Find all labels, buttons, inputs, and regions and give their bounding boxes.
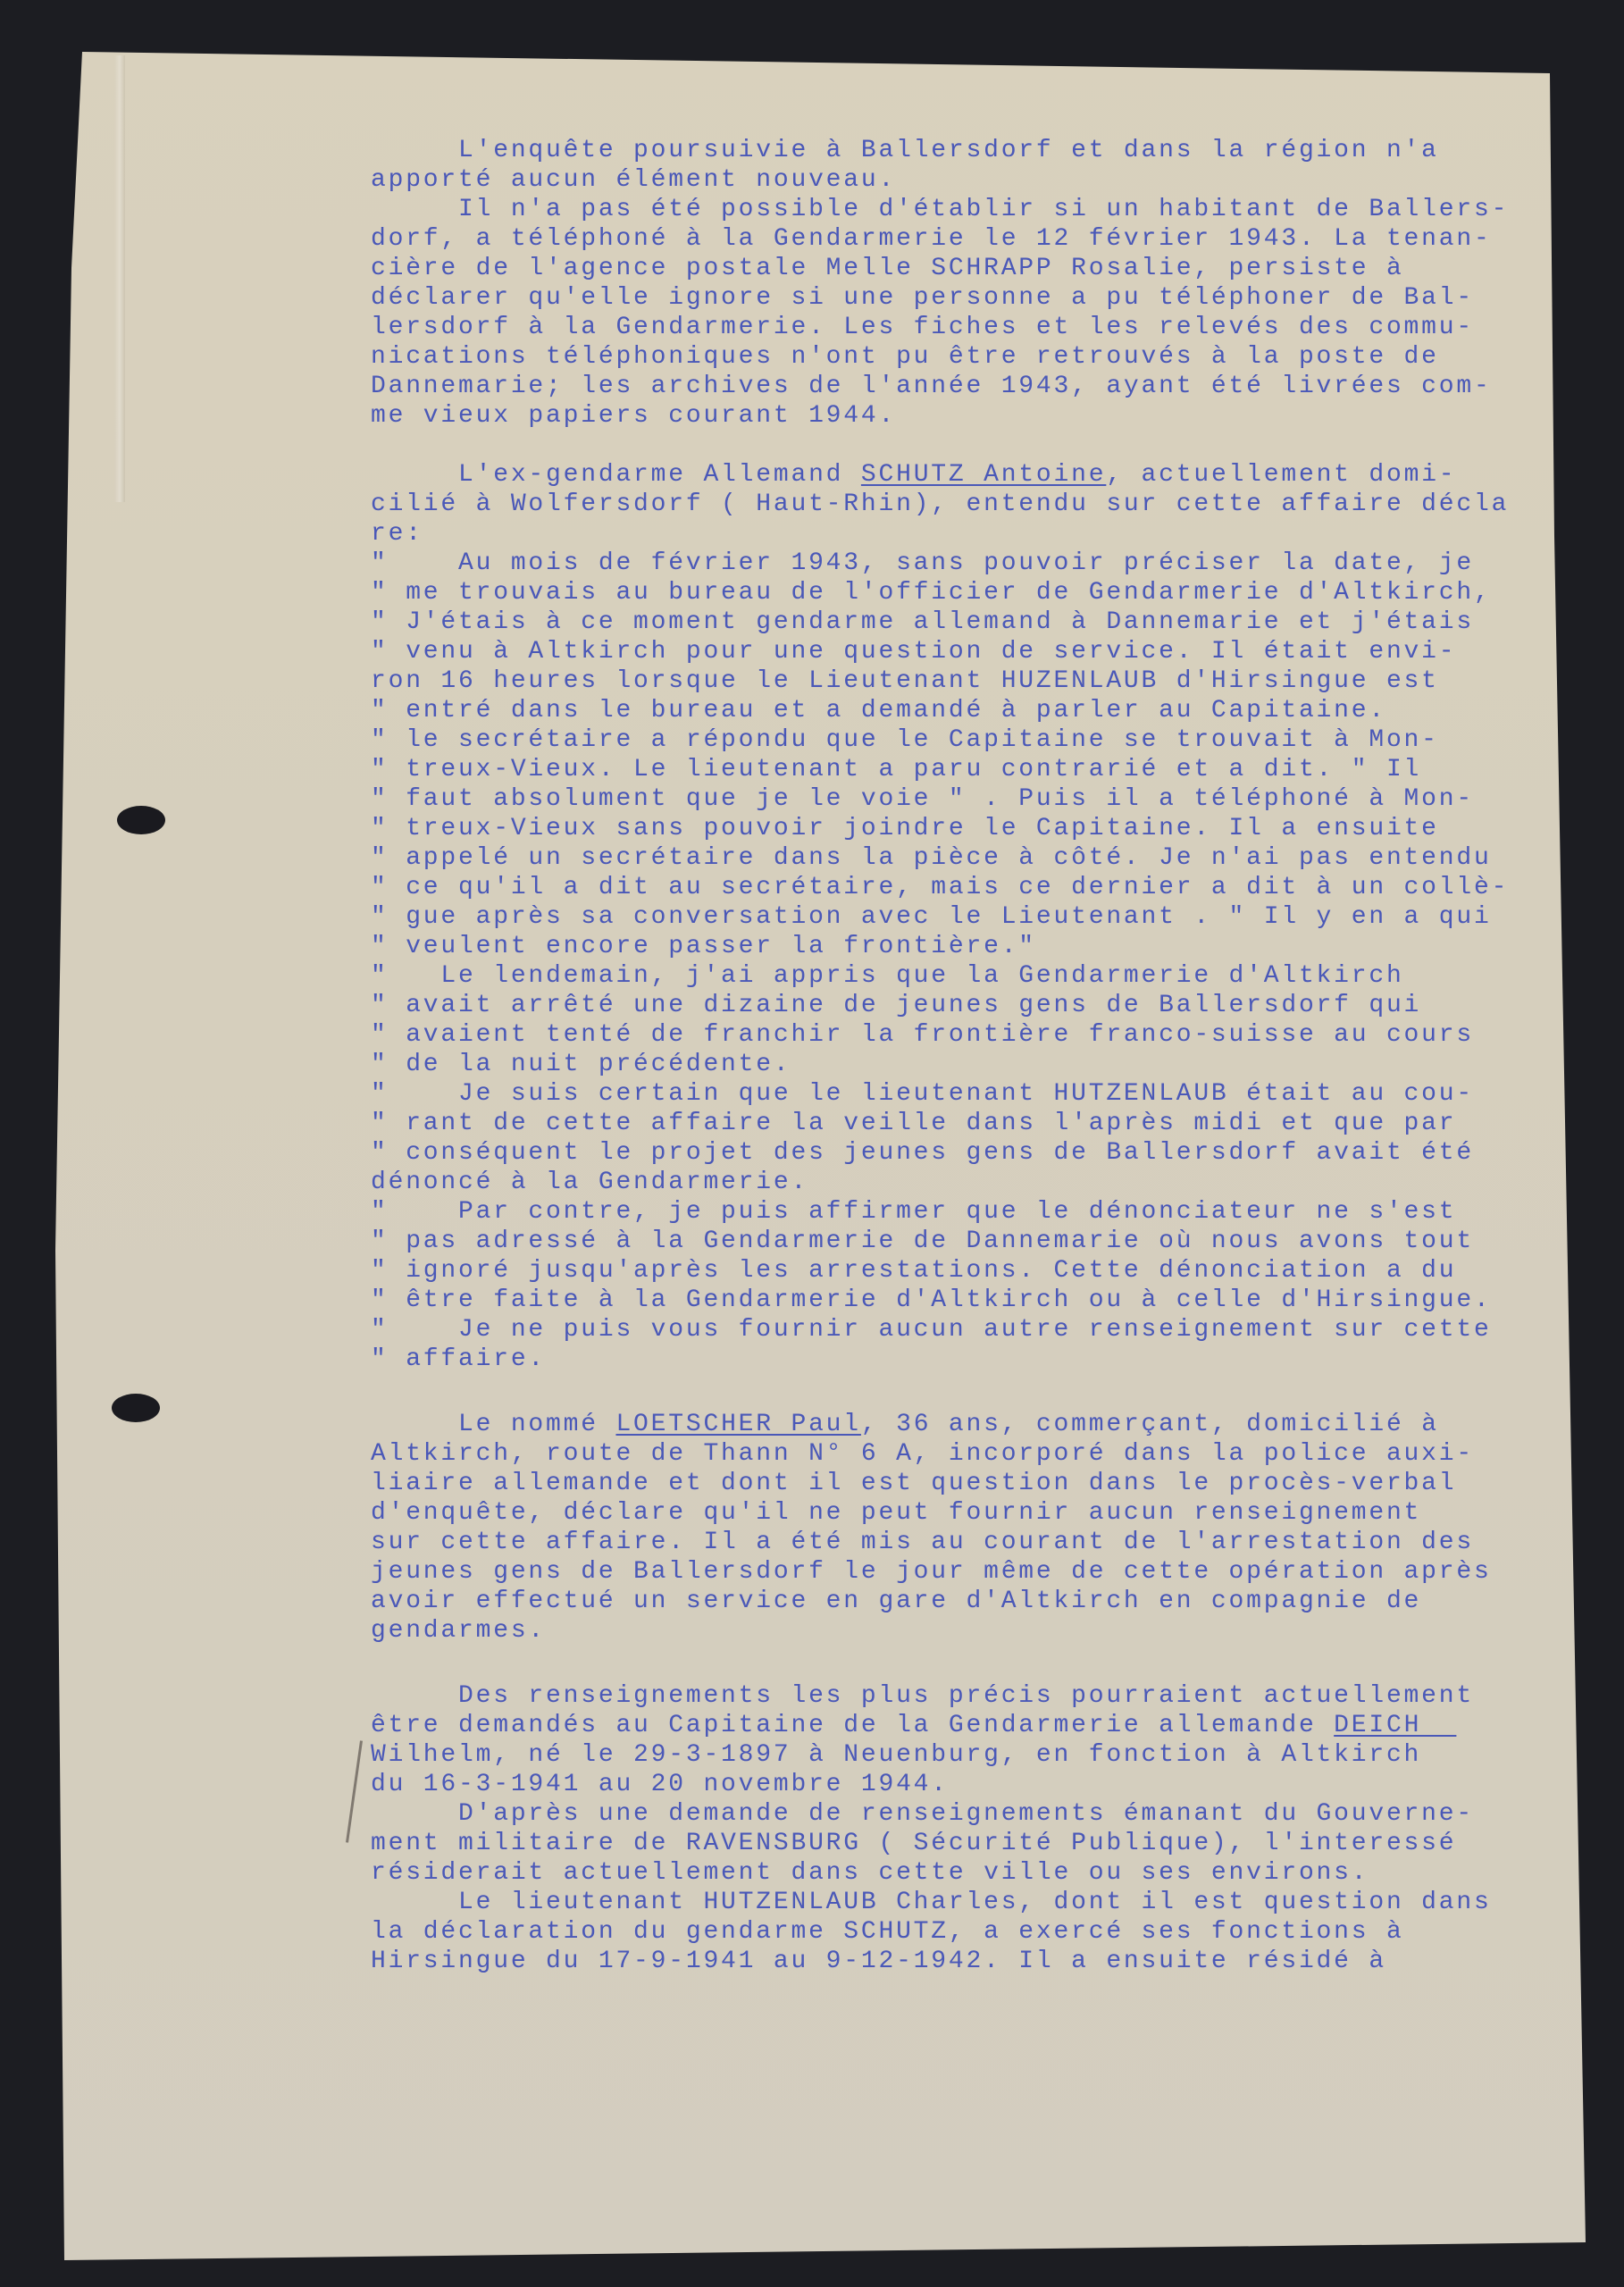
text-line: être demandés au Capitaine de la Gendarm… <box>371 1711 1456 1740</box>
text-line: " pas adressé à la Gendarmerie de Dannem… <box>371 1227 1474 1256</box>
text-line: " affaire. <box>371 1345 546 1374</box>
text-line: " rant de cette affaire la veille dans l… <box>371 1109 1456 1138</box>
text-line: " ce qu'il a dit au secrétaire, mais ce … <box>371 873 1509 902</box>
text-line: L'enquête poursuivie à Ballersdorf et da… <box>371 136 1439 165</box>
text-line: " Le lendemain, j'ai appris que la Genda… <box>371 961 1404 991</box>
text-line: D'après une demande de renseignements ém… <box>371 1799 1474 1829</box>
text-line: dorf, a téléphoné à la Gendarmerie le 12… <box>371 224 1492 254</box>
text-line: Wilhelm, né le 29-3-1897 à Neuenburg, en… <box>371 1740 1421 1770</box>
text-line: " J'étais à ce moment gendarme allemand … <box>371 607 1474 637</box>
text-line: Altkirch, route de Thann N° 6 A, incorpo… <box>371 1439 1474 1469</box>
text-line: d'enquête, déclare qu'il ne peut fournir… <box>371 1498 1421 1528</box>
text-line: " Par contre, je puis affirmer que le dé… <box>371 1197 1456 1227</box>
text-line: " être faite à la Gendarmerie d'Altkirch… <box>371 1286 1492 1315</box>
text-line: " Au mois de février 1943, sans pouvoir … <box>371 549 1474 578</box>
text-line: " appelé un secrétaire dans la pièce à c… <box>371 843 1492 873</box>
text-line: " de la nuit précédente. <box>371 1050 791 1079</box>
underlined-name: SCHUTZ Antoine <box>861 461 1106 489</box>
punch-hole-icon <box>112 1394 160 1422</box>
text-line: " conséquent le projet des jeunes gens d… <box>371 1138 1474 1168</box>
text-line: nications téléphoniques n'ont pu être re… <box>371 342 1439 372</box>
text-line: dénoncé à la Gendarmerie. <box>371 1168 808 1197</box>
text-line: gendarmes. <box>371 1616 546 1646</box>
text-line: " treux-Vieux. Le lieutenant a paru cont… <box>371 755 1421 784</box>
text-line: " ignoré jusqu'après les arrestations. C… <box>371 1256 1456 1286</box>
text-line: Dannemarie; les archives de l'année 1943… <box>371 372 1492 401</box>
text-line: " venu à Altkirch pour une question de s… <box>371 637 1456 666</box>
text-line: cière de l'agence postale Melle SCHRAPP … <box>371 254 1404 283</box>
text-line: Il n'a pas été possible d'établir si un … <box>371 195 1509 224</box>
text-line: ment militaire de RAVENSBURG ( Sécurité … <box>371 1829 1456 1858</box>
text-line: résiderait actuellement dans cette ville… <box>371 1858 1369 1888</box>
text-line: lersdorf à la Gendarmerie. Les fiches et… <box>371 313 1474 342</box>
text-line: " avaient tenté de franchir la frontière… <box>371 1020 1474 1050</box>
text-line: " treux-Vieux sans pouvoir joindre le Ca… <box>371 814 1439 843</box>
text-line: L'ex-gendarme Allemand SCHUTZ Antoine, a… <box>371 460 1456 490</box>
text-line: " le secrétaire a répondu que le Capitai… <box>371 725 1439 755</box>
text-line: Le lieutenant HUTZENLAUB Charles, dont i… <box>371 1888 1492 1917</box>
text-line: cilié à Wolfersdorf ( Haut-Rhin), entend… <box>371 490 1509 519</box>
underlined-name: LOETSCHER Paul <box>615 1411 860 1438</box>
text-line: re: <box>371 519 423 549</box>
text-line: apporté aucun élément nouveau. <box>371 165 896 195</box>
text-line: Hirsingue du 17-9-1941 au 9-12-1942. Il … <box>371 1947 1386 1976</box>
text-line: " Je ne puis vous fournir aucun autre re… <box>371 1315 1492 1345</box>
text-line: me vieux papiers courant 1944. <box>371 401 896 431</box>
text-line: du 16-3-1941 au 20 novembre 1944. <box>371 1770 949 1799</box>
text-line: Des renseignements les plus précis pourr… <box>371 1681 1474 1711</box>
text-line: avoir effectué un service en gare d'Altk… <box>371 1587 1421 1616</box>
text-line: " gue après sa conversation avec le Lieu… <box>371 902 1492 932</box>
text-line: " faut absolument que je le voie " . Pui… <box>371 784 1474 814</box>
punch-hole-icon <box>117 806 165 834</box>
text-line: la déclaration du gendarme SCHUTZ, a exe… <box>371 1917 1404 1947</box>
text-line: " me trouvais au bureau de l'officier de… <box>371 578 1492 607</box>
text-line: liaire allemande et dont il est question… <box>371 1469 1456 1498</box>
text-line: Le nommé LOETSCHER Paul, 36 ans, commerç… <box>371 1410 1439 1439</box>
text-line: jeunes gens de Ballersdorf le jour même … <box>371 1557 1492 1587</box>
underlined-name: DEICH <box>1334 1712 1456 1739</box>
text-line: " veulent encore passer la frontière." <box>371 932 1036 961</box>
text-line: déclarer qu'elle ignore si une personne … <box>371 283 1474 313</box>
text-line: sur cette affaire. Il a été mis au coura… <box>371 1528 1474 1557</box>
paper-fold-crease <box>114 55 125 502</box>
text-line: " Je suis certain que le lieutenant HUTZ… <box>371 1079 1474 1109</box>
text-line: " avait arrêté une dizaine de jeunes gen… <box>371 991 1421 1020</box>
text-line: ron 16 heures lorsque le Lieutenant HUZE… <box>371 666 1439 696</box>
text-line: " entré dans le bureau et a demandé à pa… <box>371 696 1386 725</box>
